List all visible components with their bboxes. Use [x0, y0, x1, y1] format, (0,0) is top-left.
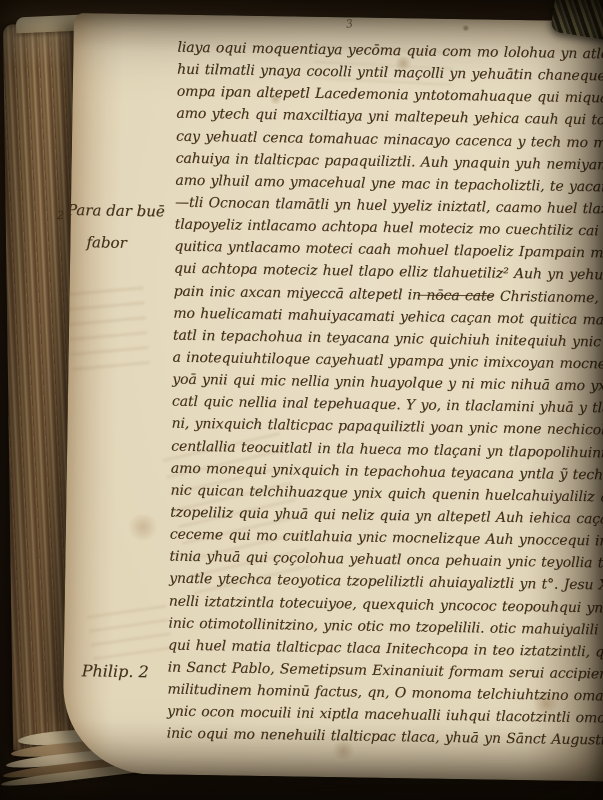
- photo-background: 3 2Para dar buē fabor Philip. 2 liaya oq…: [0, 0, 603, 800]
- foxing-spot: [126, 514, 160, 541]
- page-mark: 3: [345, 17, 354, 31]
- margin-note-flavor: 2Para dar buē fabor: [56, 197, 165, 257]
- margin-note-number: 2: [57, 209, 64, 222]
- ink-bleedthrough: [87, 605, 174, 668]
- margin-note-flavor-line1: Para dar buē: [67, 201, 165, 221]
- ink-speck: [462, 25, 470, 31]
- margin-note-flavor-line2: fabor: [56, 229, 164, 257]
- page-block-top-edge: [16, 15, 83, 34]
- manuscript-page: 3 2Para dar buē fabor Philip. 2 liaya oq…: [62, 13, 603, 782]
- manuscript-text: liaya oqui moquentiaya yecōma quia com m…: [167, 37, 603, 752]
- margin-note-scripture: Philip. 2: [82, 661, 149, 681]
- ink-bleedthrough: [65, 286, 150, 377]
